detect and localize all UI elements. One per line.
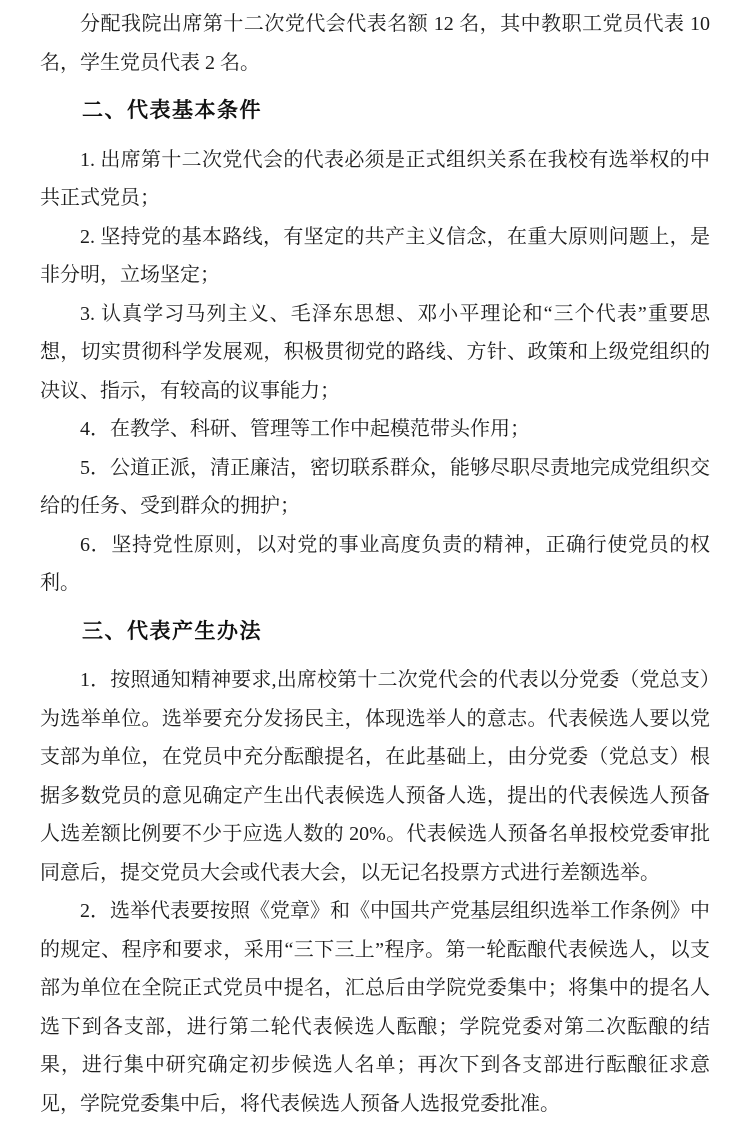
- method-item-2: 2．选举代表要按照《党章》和《中国共产党基层组织选举工作条例》中的规定、程序和要…: [40, 892, 710, 1123]
- method-item-1: 1．按照通知精神要求,出席校第十二次党代会的代表以分党委（党总支）为选举单位。选…: [40, 661, 710, 892]
- condition-item-5: 5．公道正派，清正廉洁，密切联系群众，能够尽职尽责地完成党组织交给的任务、受到群…: [40, 449, 710, 526]
- condition-item-6: 6．坚持党性原则，以对党的事业高度负责的精神，正确行使党员的权利。: [40, 526, 710, 603]
- condition-item-4: 4．在教学、科研、管理等工作中起模范带头作用；: [40, 410, 710, 449]
- condition-item-1: 1. 出席第十二次党代会的代表必须是正式组织关系在我校有选举权的中共正式党员；: [40, 141, 710, 218]
- condition-item-2: 2. 坚持党的基本路线，有坚定的共产主义信念，在重大原则问题上，是非分明，立场坚…: [40, 218, 710, 295]
- intro-paragraph: 分配我院出席第十二次党代会代表名额 12 名，其中教职工党员代表 10 名，学生…: [40, 5, 710, 82]
- condition-item-3: 3. 认真学习马列主义、毛泽东思想、邓小平理论和“三个代表”重要思想，切实贯彻科…: [40, 295, 710, 411]
- section-heading-basic-conditions: 二、代表基本条件: [40, 91, 710, 130]
- section-heading-selection-method: 三、代表产生办法: [40, 612, 710, 651]
- document-page: 分配我院出席第十二次党代会代表名额 12 名，其中教职工党员代表 10 名，学生…: [0, 0, 750, 1133]
